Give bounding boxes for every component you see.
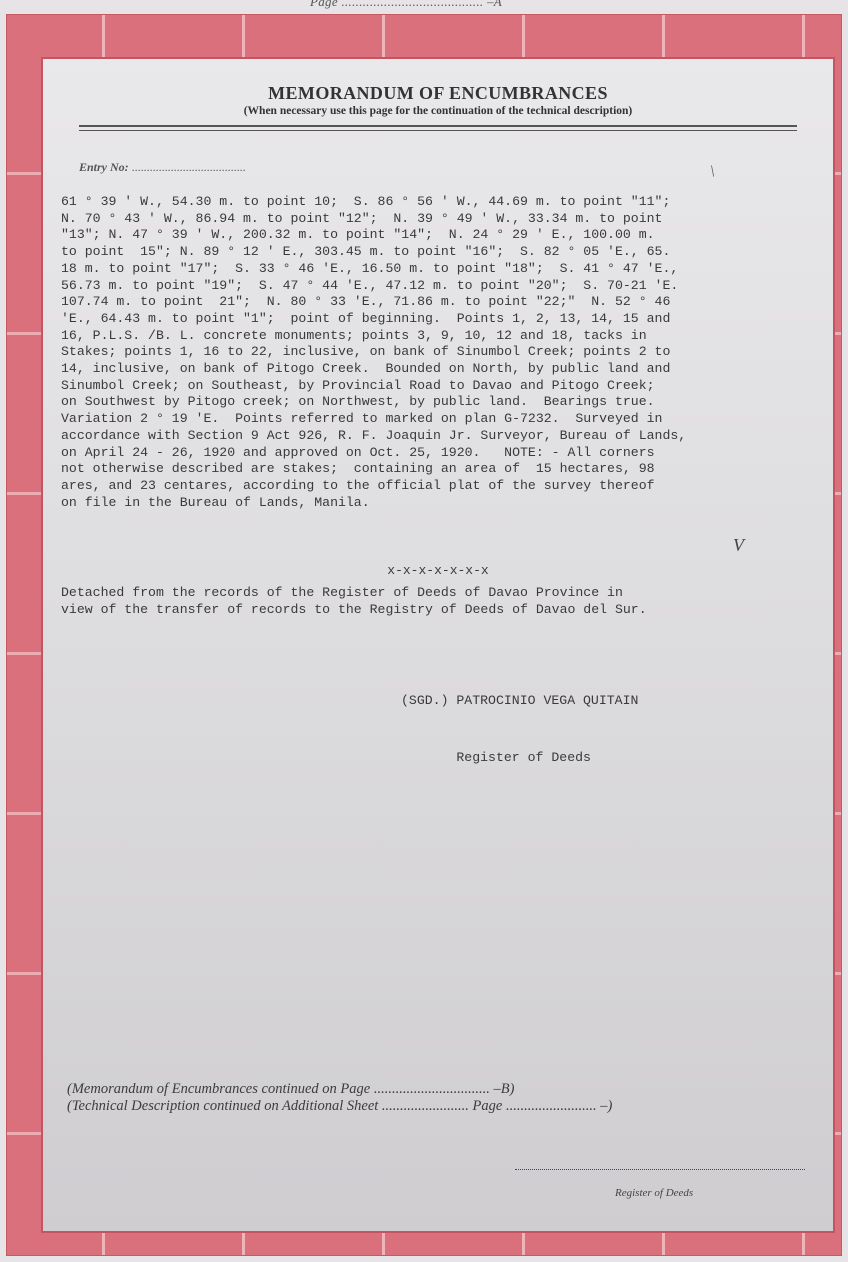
technical-description-line: Stakes; points 1, 16 to 22, inclusive, o…: [61, 344, 827, 361]
technical-description-line: on Southwest by Pitogo creek; on Northwe…: [61, 394, 827, 411]
technical-description: 61 ° 39 ' W., 54.30 m. to point 10; S. 8…: [61, 194, 827, 511]
technical-description-line: Sinumbol Creek; on Southeast, by Provinc…: [61, 378, 827, 395]
technical-description-line: "13"; N. 47 ° 39 ' W., 200.32 m. to poin…: [61, 227, 827, 244]
technical-description-line: ares, and 23 centares, according to the …: [61, 478, 827, 495]
detached-note: Detached from the records of the Registe…: [61, 585, 647, 618]
technical-description-line: on April 24 - 26, 1920 and approved on O…: [61, 445, 827, 462]
technical-description-line: N. 70 ° 43 ' W., 86.94 m. to point "12";…: [61, 211, 827, 228]
register-signature-line: [515, 1169, 805, 1170]
entry-no-field: Entry No: ..............................…: [79, 160, 246, 175]
section-separator: x-x-x-x-x-x-x: [43, 563, 833, 578]
technical-description-line: 'E., 64.43 m. to point "1"; point of beg…: [61, 311, 827, 328]
top-page-label: Page ...................................…: [310, 0, 502, 10]
detached-note-line: Detached from the records of the Registe…: [61, 585, 647, 602]
technical-description-line: 107.74 m. to point 21"; N. 80 ° 33 'E., …: [61, 294, 827, 311]
signature-block: (SGD.) PATROCINIO VEGA QUITAIN Register …: [401, 653, 638, 805]
form-subtitle: (When necessary use this page for the co…: [43, 105, 833, 117]
technical-description-line: 14, inclusive, on bank of Pitogo Creek. …: [61, 361, 827, 378]
technical-description-line: not otherwise described are stakes; cont…: [61, 461, 827, 478]
technical-description-line: on file in the Bureau of Lands, Manila.: [61, 495, 827, 512]
technical-description-line: 61 ° 39 ' W., 54.30 m. to point 10; S. 8…: [61, 194, 827, 211]
form-title: MEMORANDUM OF ENCUMBRANCES: [43, 83, 833, 104]
pen-tick-mark: /: [707, 163, 720, 181]
detached-note-line: view of the transfer of records to the R…: [61, 602, 647, 619]
memorandum-continued-line: (Memorandum of Encumbrances continued on…: [67, 1081, 612, 1098]
form-sheet: MEMORANDUM OF ENCUMBRANCES (When necessa…: [41, 57, 835, 1233]
register-signature-caption: Register of Deeds: [615, 1187, 693, 1199]
continuation-notes: (Memorandum of Encumbrances continued on…: [67, 1081, 612, 1115]
technical-description-line: accordance with Section 9 Act 926, R. F.…: [61, 428, 827, 445]
technical-description-line: 18 m. to point "17"; S. 33 ° 46 'E., 16.…: [61, 261, 827, 278]
entry-no-value: ......................................: [132, 160, 246, 174]
signatory-position: Register of Deeds: [401, 748, 638, 767]
decorative-red-border: MEMORANDUM OF ENCUMBRANCES (When necessa…: [6, 14, 842, 1256]
technical-continued-line: (Technical Description continued on Addi…: [67, 1098, 612, 1115]
signatory-name: (SGD.) PATROCINIO VEGA QUITAIN: [401, 691, 638, 710]
technical-description-line: 16, P.L.S. /B. L. concrete monuments; po…: [61, 328, 827, 345]
checkmark-annotation: V: [733, 535, 744, 556]
technical-description-line: to point 15"; N. 89 ° 12 ' E., 303.45 m.…: [61, 244, 827, 261]
entry-no-label: Entry No:: [79, 160, 129, 174]
technical-description-line: 56.73 m. to point "19"; S. 47 ° 44 'E., …: [61, 278, 827, 295]
technical-description-line: Variation 2 ° 19 'E. Points referred to …: [61, 411, 827, 428]
title-rule: [79, 125, 797, 131]
